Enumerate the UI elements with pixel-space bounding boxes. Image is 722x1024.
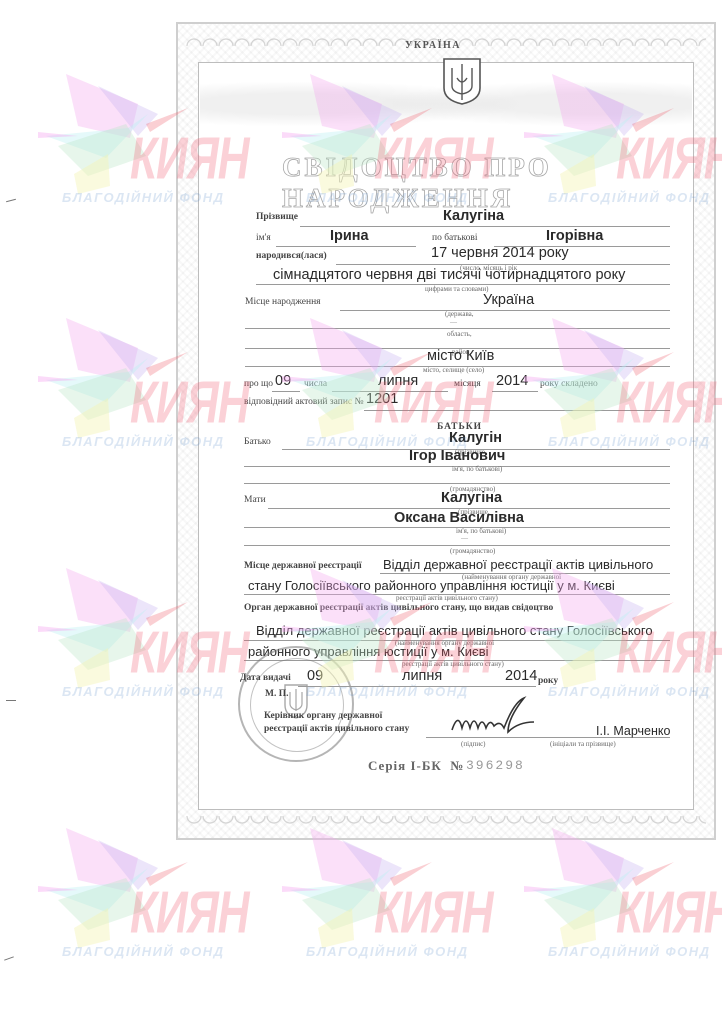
charity-watermark: КИЯН БЛАГОДІЙНИЙ ФОНД (524, 820, 704, 970)
mother-name-dash: — (461, 534, 468, 542)
issuer-label: Орган державної реєстрації актів цивільн… (244, 603, 553, 613)
charity-watermark: КИЯН БЛАГОДІЙНИЙ ФОНД (282, 820, 462, 970)
scan-mark (6, 199, 16, 203)
father-label: Батько (244, 437, 271, 447)
country-hint: (держава, (445, 310, 474, 318)
surname-label: Прізвище (256, 212, 298, 222)
signature-hint: (підпис) (461, 740, 486, 748)
father-name-hint: ім'я, по батькові) (452, 465, 502, 473)
patronymic-label: по батькові (432, 233, 478, 243)
issuer-line1: Відділ державної реєстрації актів цивіль… (256, 623, 653, 638)
birthplace-city: місто Київ (427, 348, 494, 364)
father-surname: Калугін (449, 430, 502, 446)
document-title: СВІДОЦТВО ПРО НАРОДЖЕННЯ (282, 152, 722, 214)
watermark-brand: КИЯН (616, 880, 722, 948)
issue-date-label: Дата видачі (240, 673, 291, 683)
head-label-1: Керівник органу державної (264, 711, 382, 721)
record-day-label: числа (304, 379, 327, 389)
stamp-label: М. П. (265, 689, 288, 699)
record-year: 2014 (496, 373, 528, 389)
region-dash: — (450, 318, 457, 326)
watermark-subtitle: БЛАГОДІЙНИЙ ФОНД (62, 944, 225, 959)
scan-mark (6, 700, 16, 701)
birthplace-label: Місце народження (245, 297, 321, 307)
record-month-label: місяця (454, 379, 481, 389)
record-month: липня (378, 373, 418, 389)
watermark-logo-icon (282, 820, 462, 970)
entry-label: відповідний актовий запис № (244, 397, 364, 407)
region-hint: область, (447, 330, 472, 338)
issue-year: 2014 (505, 668, 537, 684)
mother-citizenship-hint: (громадянство) (450, 547, 495, 555)
watermark-logo-icon (38, 820, 218, 970)
issuer-hint2: реєстрації актів цивільного стану) (402, 660, 504, 668)
head-label-2: реєстрації актів цивільного стану (264, 724, 409, 734)
issue-year-suffix: року (538, 676, 558, 686)
watermark-logo-icon (524, 820, 704, 970)
watermark-brand: КИЯН (130, 880, 249, 948)
father-name: Ігор Іванович (409, 448, 505, 464)
mother-label: Мати (244, 495, 266, 505)
trident-emblem-icon (441, 56, 483, 111)
watermark-brand: КИЯН (374, 880, 493, 948)
record-prefix: про що (244, 379, 273, 389)
signature (448, 692, 538, 747)
born-label: народився(лася) (256, 251, 327, 261)
birth-date-words-hint: цифрами та словами) (425, 285, 489, 293)
registration-place-line2: стану Голосіївського районного управлінн… (248, 578, 615, 593)
mother-surname: Калугіна (441, 490, 502, 506)
scan-mark (4, 956, 14, 960)
official-hint: (ініціали та прізвище) (550, 740, 616, 748)
watermark-subtitle: БЛАГОДІЙНИЙ ФОНД (306, 944, 469, 959)
entry-number: 1201 (366, 391, 398, 407)
record-year-label: року складено (540, 379, 598, 389)
registration-place-label: Місце державної реєстрації (244, 561, 362, 571)
child-name: Ірина (330, 228, 369, 244)
registration-place-line1: Відділ державної реєстрації актів цивіль… (383, 557, 653, 572)
border-ornament (186, 816, 706, 832)
child-patronymic: Ігорівна (546, 228, 603, 244)
country-label: УКРАЇНА (405, 40, 461, 51)
birthplace-country: Україна (483, 292, 534, 308)
issue-month: липня (402, 668, 442, 684)
registration-place-hint2: реєстрації актів цивільного стану) (396, 594, 498, 602)
official-name: І.І. Марченко (596, 724, 670, 738)
issue-day: 09 (307, 668, 323, 684)
name-label: ім'я (256, 233, 271, 243)
birth-date-words: сімнадцятого червня дві тисячі чотирнадц… (273, 267, 625, 283)
child-surname: Калугіна (443, 208, 504, 224)
mother-name: Оксана Василівна (394, 510, 524, 526)
serial-label: Серія І-БК № (368, 758, 464, 774)
watermark-subtitle: БЛАГОДІЙНИЙ ФОНД (548, 944, 711, 959)
record-day: 09 (275, 373, 291, 389)
city-hint: місто, селище (село) (423, 366, 484, 374)
birth-date: 17 червня 2014 року (431, 245, 569, 261)
serial-number: 396298 (466, 758, 525, 773)
charity-watermark: КИЯН БЛАГОДІЙНИЙ ФОНД (38, 820, 218, 970)
